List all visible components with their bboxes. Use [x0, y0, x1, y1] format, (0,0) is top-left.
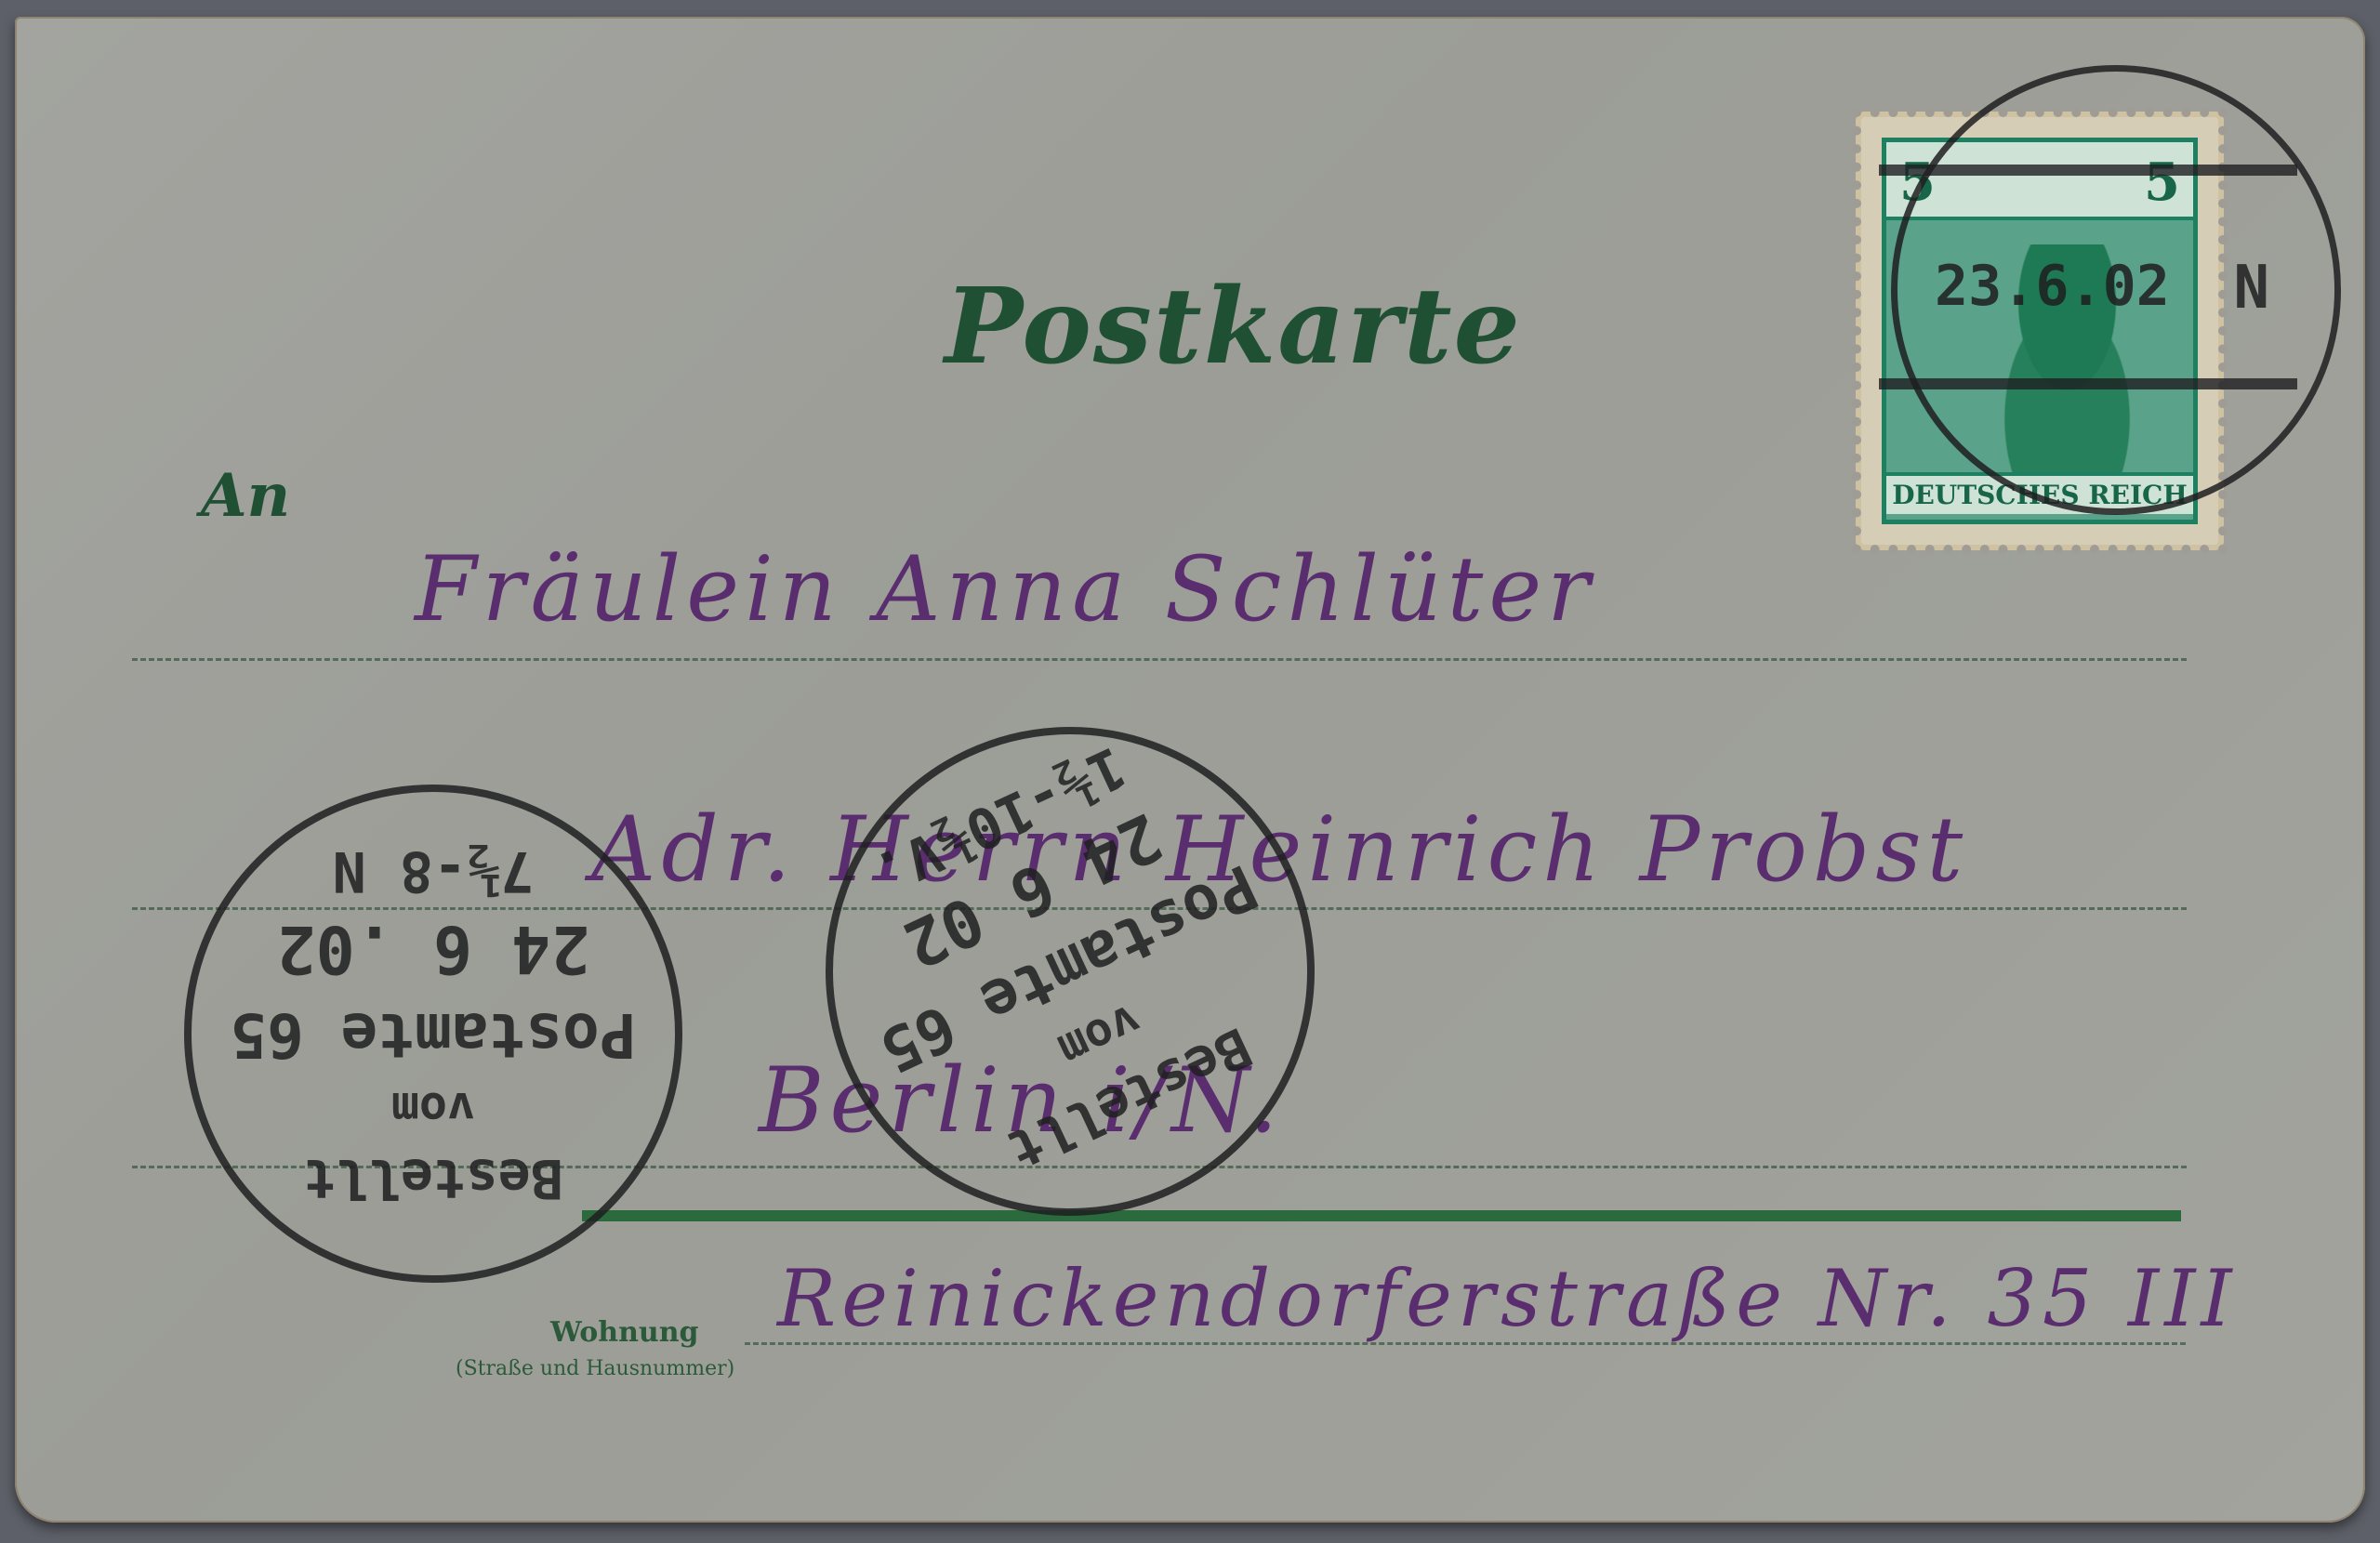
- postmark-bar-top: [1879, 165, 2297, 176]
- address-line-1: [132, 658, 2187, 661]
- to-label: An: [201, 461, 290, 531]
- address-underline: [582, 1210, 2181, 1221]
- postmark-text: Bestellt: [192, 1147, 675, 1210]
- recipient-name: Fräulein Anna Schlüter: [415, 537, 1595, 641]
- postcard-title: Postkarte: [945, 266, 1522, 388]
- arrival-postmark-left: Bestellt vom Postamte 65 24 6 .02 7½-8 N: [184, 785, 682, 1283]
- postmark-bar-bottom: [1879, 378, 2297, 389]
- address-sublabel: (Straße und Hausnummer): [456, 1357, 734, 1380]
- postmark-text: vom: [192, 1082, 675, 1136]
- arrival-postmark-middle: Bestellt vom Postamte 65 24 6 02 1½-10½V…: [745, 646, 1395, 1296]
- postcard: Postkarte An Fräulein Anna Schlüter Adr.…: [15, 17, 2365, 1523]
- postmark-date: 23.6.02: [1935, 254, 2170, 319]
- postmark-time: 7½-8 N: [192, 838, 675, 903]
- postmark-date: 24 6 .02: [192, 911, 675, 987]
- cancellation-postmark: 23.6.02 N: [1891, 65, 2341, 515]
- postmark-text: Postamte 65: [192, 999, 675, 1071]
- postmark-letter: N: [2233, 254, 2269, 323]
- recipient-street: Reinickendorferstraße Nr. 35 III: [777, 1253, 2238, 1344]
- address-label: Wohnung: [550, 1316, 698, 1349]
